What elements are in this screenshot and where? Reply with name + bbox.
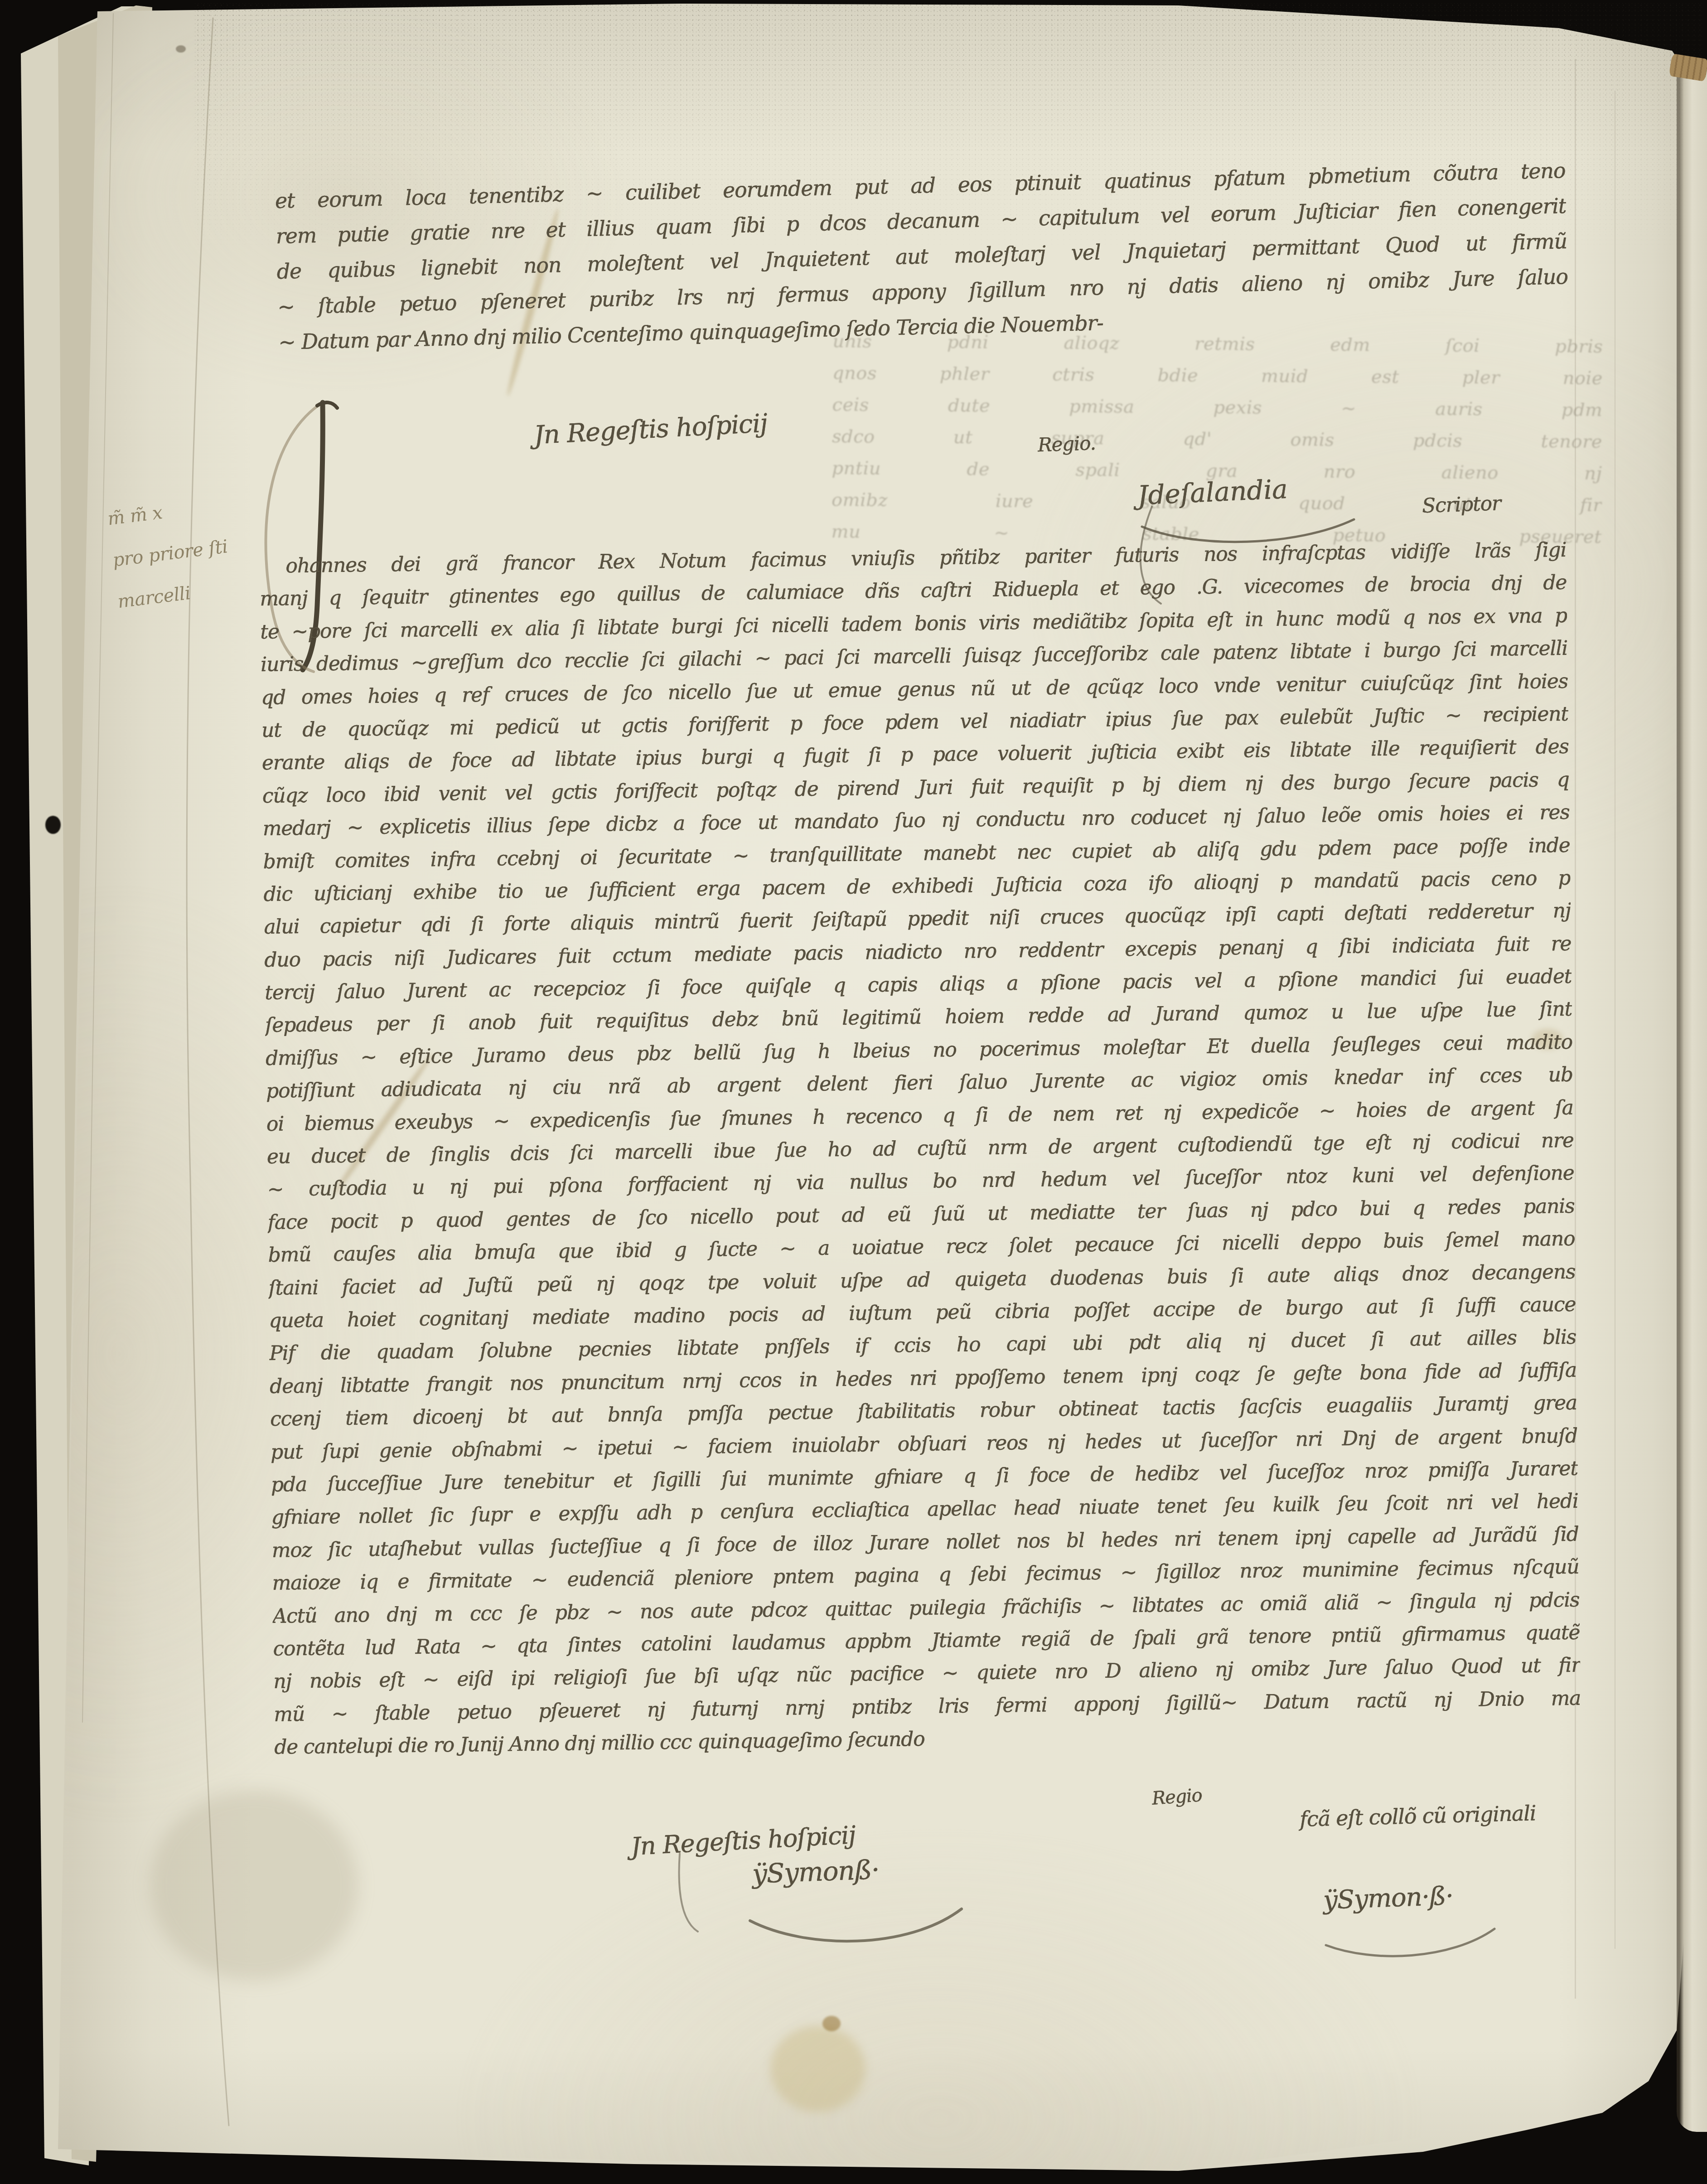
margin-note: m̃ m̃ xpro priore ſtimarcelli — [105, 484, 235, 623]
bleedthrough-line: sdco ut supra qd' omis pdcis tenore — [832, 421, 1602, 458]
smudge-bottom-left — [150, 1790, 358, 1981]
symon-signature-right: ÿSymon·ß· — [1323, 1881, 1454, 1915]
clerk-signature-salandia: Jdeſalandia — [1137, 474, 1288, 511]
closing-paragraph: et eorum loca tenentibz ~ cuilibet eorum… — [275, 153, 1569, 360]
adjacent-leaf-fore-edge — [1677, 67, 1707, 2132]
dark-speck-left-edge — [45, 816, 61, 834]
scriptor-label: Scriptor — [1422, 492, 1501, 518]
symon-signature-left: ÿSymonß· — [752, 1854, 880, 1889]
regio-note: Regio. — [1037, 432, 1096, 456]
bleedthrough-line: ceis dute pmissa pexis ~ auris pdm — [832, 389, 1602, 426]
regio-note-bottom: Regio — [1151, 1785, 1203, 1809]
bleedthrough-line: qnos phler ctris bdie muid est pler noie — [832, 357, 1603, 394]
manuscript-photograph: unis pdni alioqz retmis edm ſcoi pbrisqn… — [0, 0, 1707, 2184]
bleedthrough-text: unis pdni alioqz retmis edm ſcoi pbrisqn… — [831, 325, 1603, 553]
ink-spot — [822, 2016, 841, 2031]
stain-bottom-center — [770, 2026, 866, 2112]
charter-body: ohannes dei grã francor Rex Notum facimu… — [259, 534, 1581, 1764]
vertical-crease-2 — [1615, 91, 1615, 1949]
speck-top — [176, 45, 186, 53]
